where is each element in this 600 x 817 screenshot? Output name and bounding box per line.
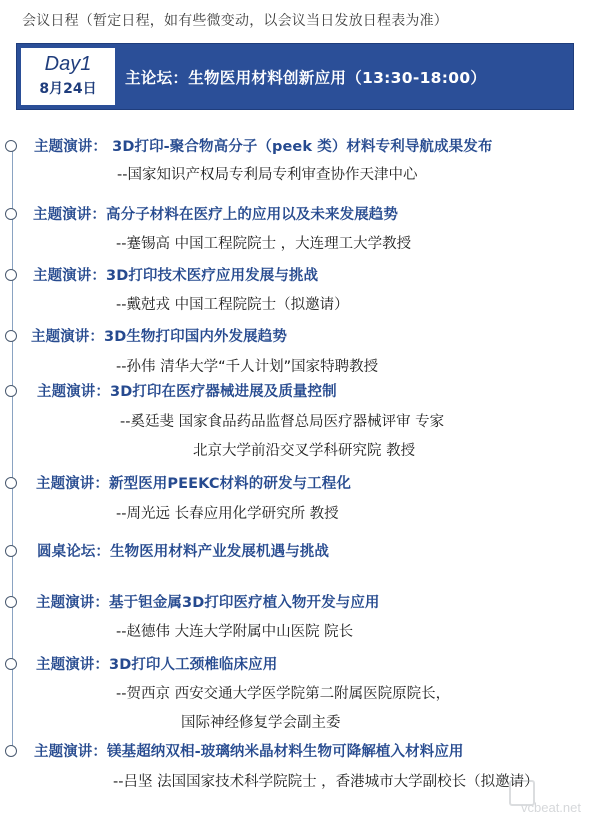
timeline-circle-icon [5,545,17,557]
timeline-circle-icon [5,658,17,670]
item-title: 主题演讲：镁基超纳双相-玻璃纳米晶材料生物可降解植入材料应用 [34,740,464,761]
item-speaker: --周光远 长春应用化学研究所 教授 [116,502,339,523]
timeline-circle-icon [5,477,17,489]
item-speaker: --蹇锡高 中国工程院院士 ，大连理工大学教授 [116,232,411,253]
item-title: 主题演讲：新型医用PEEKC材料的研发与工程化 [36,472,351,493]
item-speaker: --贺西京 西安交通大学医学院第二附属医院原院长， [116,682,450,703]
timeline-circle-icon [5,385,17,397]
watermark: vcbeat.net [505,780,600,817]
timeline-circle-icon [5,140,17,152]
item-title: 主题演讲：3D打印人工颈椎临床应用 [36,653,277,674]
item-title: 主题演讲：基于钽金属3D打印医疗植入物开发与应用 [36,591,380,612]
item-speaker: --孙伟 清华大学“千人计划”国家特聘教授 [116,355,378,376]
timeline-circle-icon [5,269,17,281]
item-title: 主题演讲：高分子材料在医疗上的应用以及未来发展趋势 [33,203,398,224]
item-speaker: --吕坚 法国国家技术科学院院士 ，香港城市大学副校长（拟邀请） [113,770,539,791]
item-speaker: --奚廷斐 国家食品药品监督总局医疗器械评审 专家 [120,410,444,431]
day-date: 8月24日 [21,78,115,100]
day-label: Day1 [21,52,115,76]
item-title: 主题演讲：3D生物打印国内外发展趋势 [31,325,287,346]
item-title: 主题演讲：3D打印技术医疗应用发展与挑战 [33,264,318,285]
forum-title: 主论坛：生物医用材料创新应用（13:30-18:00） [125,66,486,88]
item-speaker: --国家知识产权局专利局专利审查协作天津中心 [117,163,417,184]
item-speaker: --赵德伟 大连大学附属中山医院 院长 [116,620,353,641]
item-title: 圆桌论坛：生物医用材料产业发展机遇与挑战 [37,540,329,561]
timeline-circle-icon [5,596,17,608]
item-speaker-affiliation: 国际神经修复学会副主委 [181,711,341,732]
item-speaker: --戴尅戎 中国工程院院士（拟邀请） [116,293,349,314]
item-title: 主题演讲： 3D打印-聚合物高分子（peek 类）材料专利导航成果发布 [34,135,492,156]
item-speaker-affiliation: 北京大学前沿交叉学科研究院 教授 [193,439,415,460]
timeline-circle-icon [5,745,17,757]
watermark-text: vcbeat.net [521,800,581,815]
day-banner: Day1 8月24日 主论坛：生物医用材料创新应用（13:30-18:00） [16,43,574,110]
timeline-circle-icon [5,330,17,342]
item-title: 主题演讲：3D打印在医疗器械进展及质量控制 [37,380,337,401]
day-box: Day1 8月24日 [21,48,115,105]
schedule-intro: 会议日程（暂定日程，如有些微变动，以会议当日发放日程表为准） [22,10,448,30]
timeline-circle-icon [5,208,17,220]
